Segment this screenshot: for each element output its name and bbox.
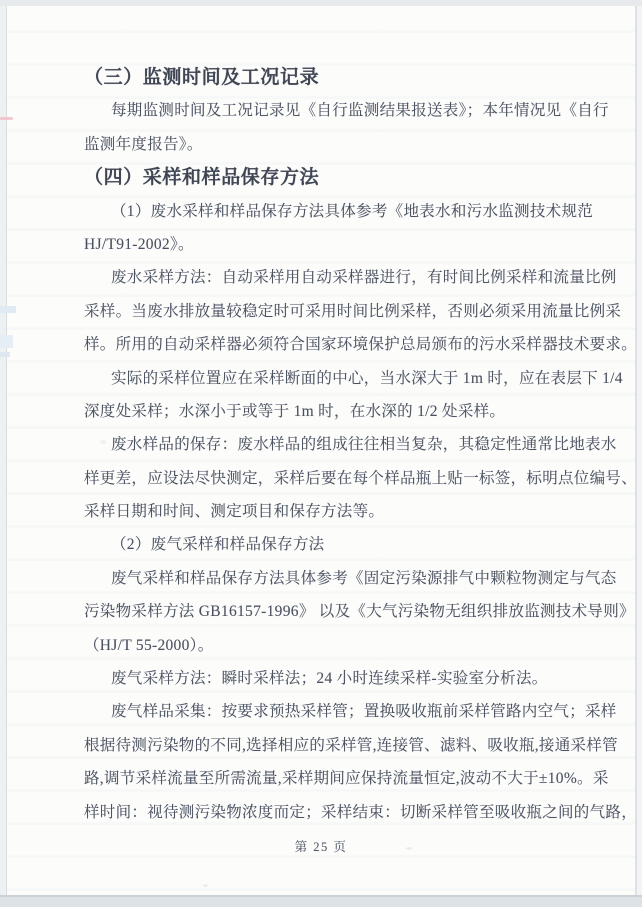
scan-artifact-speck <box>203 884 208 887</box>
body-text-line: 根据待测污染物的不同,选择相应的采样管,连接管、滤料、吸收瓶,接通采样管 <box>84 729 636 762</box>
body-text-line: 每期监测时间及工况记录见《自行监测结果报送表》；本年情况见《自行 <box>84 94 636 127</box>
scan-artifact-speck <box>406 847 412 850</box>
body-text-line: HJ/T91-2002》。 <box>84 228 636 261</box>
scan-edge-bottom <box>0 897 642 907</box>
body-text-line: （1）废水采样和样品保存方法具体参考《地表水和污水监测技术规范 <box>84 195 636 228</box>
page-number: 第 25 页 <box>295 840 348 854</box>
section-heading: （四）采样和样品保存方法 <box>84 161 636 194</box>
scan-artifact-speck <box>100 440 106 444</box>
body-text-line: 采样。当废水排放量较稳定时可采用时间比例采样，否则必须采用流量比例采 <box>84 295 636 328</box>
body-text-line: 样更差，应设法尽快测定，采样后要在每个样品瓶上贴一标签，标明点位编号、 <box>84 462 636 495</box>
body-text-line: 废气采样方法：瞬时采样法；24 小时连续采样-实验室分析法。 <box>84 662 636 695</box>
body-text-line: 废气样品采集：按要求预热采样管；置换吸收瓶前采样管路内空气；采样 <box>84 695 636 728</box>
body-text-line: 废气采样和样品保存方法具体参考《固定污染源排气中颗粒物测定与气态 <box>84 562 636 595</box>
body-text-line: 样。所用的自动采样器必须符合国家环境保护总局颁布的污水采样器技术要求。 <box>84 328 636 361</box>
body-text-line: 废水样品的保存：废水样品的组成往往相当复杂，其稳定性通常比地表水 <box>84 428 636 461</box>
scan-artifact-blue-mark <box>0 335 13 348</box>
body-text-line: 路,调节采样流量至所需流量,采样期间应保持流量恒定,波动不大于±10%。采 <box>84 762 636 795</box>
body-text-line: 污染物采样方法 GB16157-1996》 以及《大气污染物无组织排放监测技术导… <box>84 595 636 628</box>
body-text-line: 废水采样方法：自动采样用自动采样器进行，有时间比例采样和流量比例 <box>84 261 636 294</box>
scan-edge-left-line <box>6 6 7 896</box>
body-text-line: 深度处采样；水深小于或等于 1m 时，在水深的 1/2 处采样。 <box>84 395 636 428</box>
scan-artifact-blue-mark <box>0 352 10 357</box>
section-heading: （三）监测时间及工况记录 <box>84 61 636 94</box>
scan-artifact-pink-mark <box>0 117 13 120</box>
body-text-line: 监测年度报告》。 <box>84 128 636 161</box>
body-text-line: （HJ/T 55-2000）。 <box>84 629 636 662</box>
body-text-line: 实际的采样位置应在采样断面的中心，当水深大于 1m 时，应在表层下 1/4 <box>84 362 636 395</box>
scan-edge-top <box>0 0 642 6</box>
body-text-line: 采样日期和时间、测定项目和保存方法等。 <box>84 495 636 528</box>
scan-edge-right <box>637 6 642 896</box>
body-text-line: 样时间：视待测污染物浓度而定；采样结束：切断采样管至吸收瓶之间的气路， <box>84 796 636 829</box>
scanned-document-page: （三）监测时间及工况记录每期监测时间及工况记录见《自行监测结果报送表》；本年情况… <box>0 0 642 907</box>
body-text-line: （2）废气采样和样品保存方法 <box>84 528 636 561</box>
page-footer: 第 25 页 <box>0 836 642 858</box>
scan-artifact-blue-mark <box>0 306 16 313</box>
document-body: （三）监测时间及工况记录每期监测时间及工况记录见《自行监测结果报送表》；本年情况… <box>84 61 636 829</box>
